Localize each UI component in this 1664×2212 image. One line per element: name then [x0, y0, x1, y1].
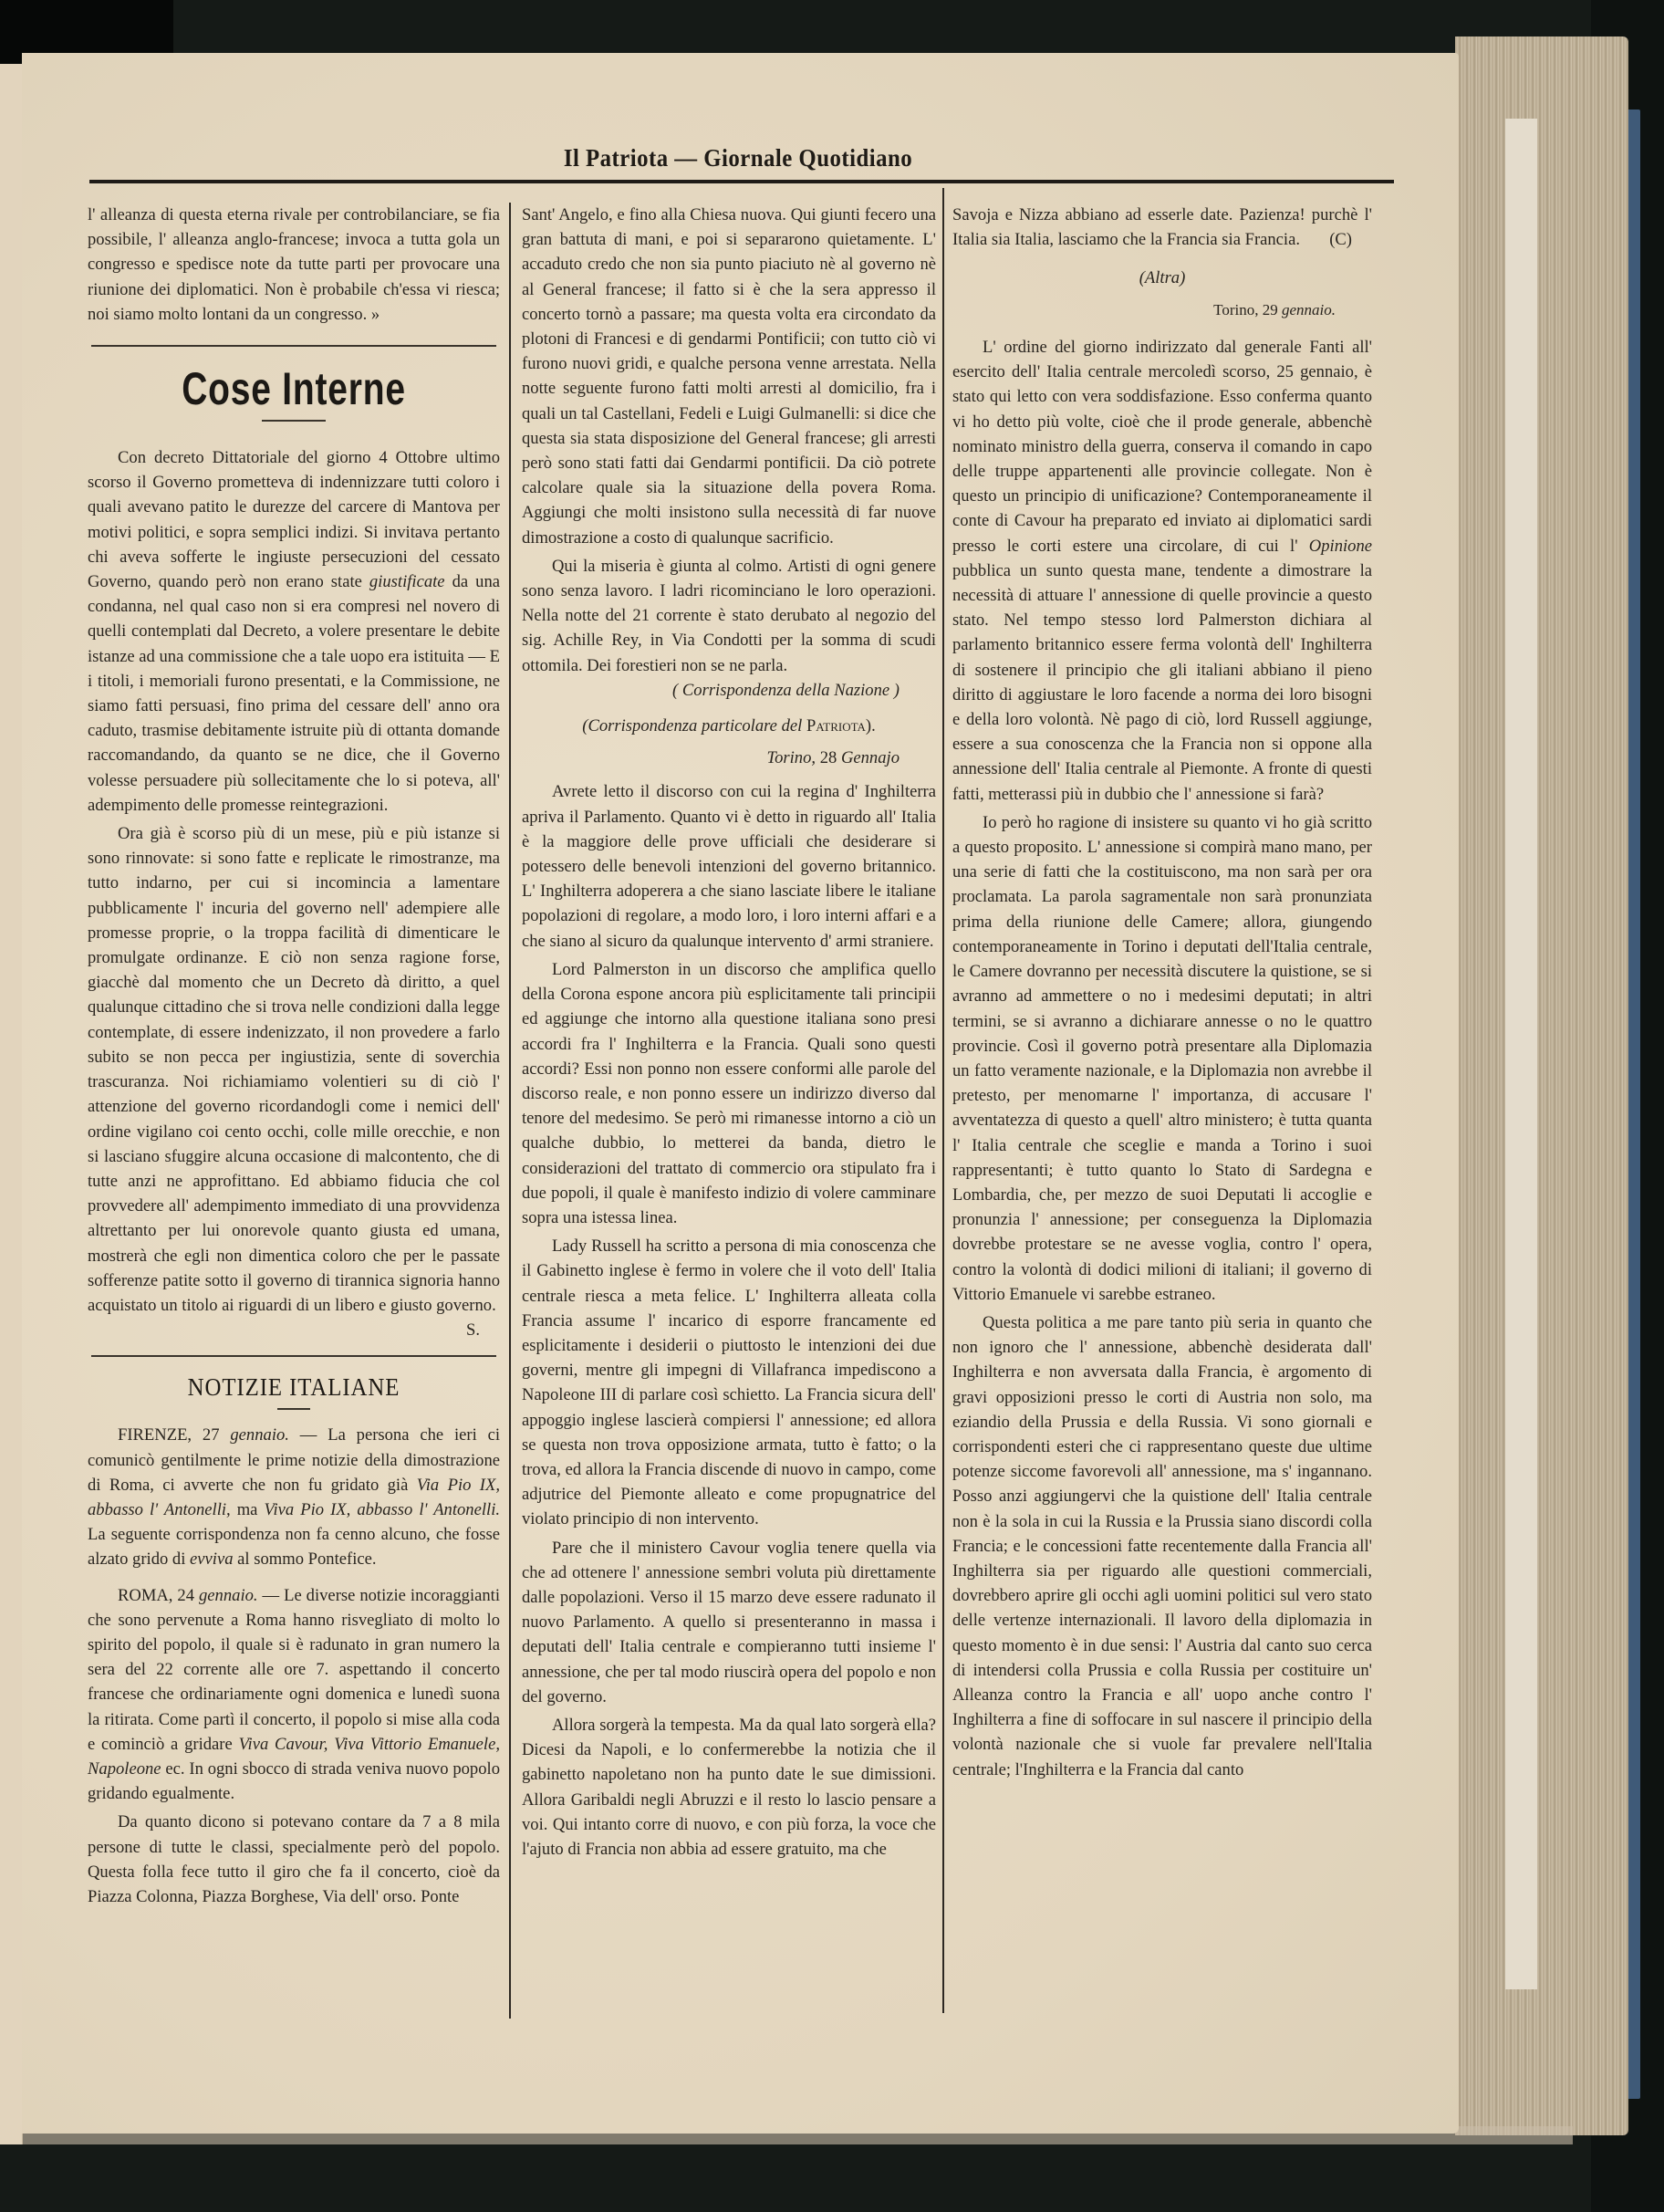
loose-leaf-edge [1505, 119, 1537, 1989]
middle-column: Sant' Angelo, e fino alla Chiesa nuova. … [522, 203, 936, 1862]
title-underline-2 [277, 1408, 310, 1410]
section-title-cose-interne: Cose Interne [133, 361, 455, 416]
roma-report: ROMA, 24 gennaio. — Le diverse notizie i… [88, 1583, 500, 1807]
russell-paragraph: Lady Russell ha scritto a persona di mia… [522, 1234, 936, 1531]
roma-continuation: Sant' Angelo, e fino alla Chiesa nuova. … [522, 203, 936, 550]
signature-row: S. [88, 1318, 500, 1342]
column-divider-2 [942, 188, 944, 2013]
palmerston-paragraph: Lord Palmerston in un discorso che ampli… [522, 957, 936, 1230]
politica-paragraph: Questa politica a me pare tanto più seri… [952, 1310, 1372, 1782]
roma-report-2: Da quanto dicono si potevano contare da … [88, 1810, 500, 1909]
tempesta-paragraph: Allora sorgerà la tempesta. Ma da qual l… [522, 1713, 936, 1862]
cavour-paragraph: Pare che il ministero Cavour voglia tene… [522, 1536, 936, 1709]
miseria-paragraph: Qui la miseria è giunta al colmo. Artist… [522, 554, 936, 678]
dateline-torino-29: Torino, 29 gennaio. [952, 297, 1372, 322]
correspondence-heading: (Corrispondenza particolare del Patriota… [522, 714, 936, 738]
column-divider-1 [509, 203, 511, 2019]
dateline-torino-28: Torino, 28 Gennajo [522, 746, 936, 770]
fanti-paragraph: L' ordine del giorno indirizzato dal gen… [952, 335, 1372, 807]
signature-c: (C) [1329, 227, 1352, 252]
left-column: l' alleanza di questa eterna rivale per … [88, 203, 500, 1909]
page-stack-edges [1455, 37, 1628, 2135]
section-divider [91, 345, 496, 347]
header-rule [89, 180, 1394, 183]
title-underline [262, 420, 326, 422]
interne-paragraph-2: Ora già è scorso più di un mese, più e p… [88, 821, 500, 1318]
avrete-paragraph: Avrete letto il discorso con cui la regi… [522, 779, 936, 953]
previous-page-edge [0, 64, 23, 2144]
running-head-title: Il Patriota — Giornale Quotidiano [138, 144, 1338, 172]
firenze-report: FIRENZE, 27 gennaio. — La persona che ie… [88, 1423, 500, 1571]
interne-paragraph-1: Con decreto Dittatoriale del giorno 4 Ot… [88, 445, 500, 818]
altra-heading: (Altra) [952, 266, 1372, 290]
right-column: Savoja e Nizza abbiano ad esserle date. … [952, 203, 1372, 1782]
ragione-paragraph: Io però ho ragione di insistere su quant… [952, 810, 1372, 1307]
section-title-notizie-italiane: NOTIZIE ITALIANE [104, 1372, 484, 1403]
section-divider-2 [91, 1355, 496, 1357]
continuation-paragraph: l' alleanza di questa eterna rivale per … [88, 203, 500, 327]
signature: S. [466, 1318, 480, 1342]
source-nazione: ( Corrispondenza della Nazione ) [522, 678, 936, 703]
